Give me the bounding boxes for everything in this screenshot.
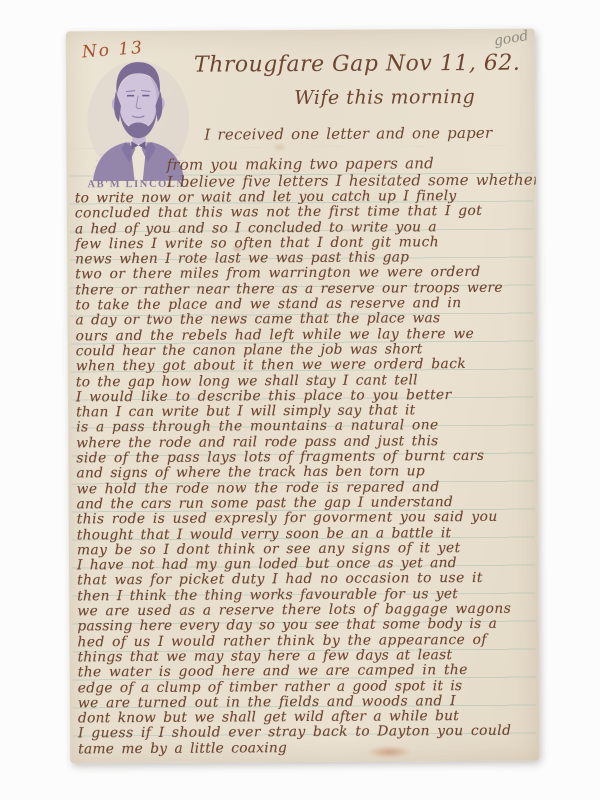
pencil-grader-annotation: good	[493, 29, 530, 50]
handwritten-line: tame me by a little coaxing	[78, 739, 535, 757]
handwritten-line: I guess if I should ever stray back to D…	[78, 724, 535, 742]
opening-lines: I received one letter and one paperfrom …	[166, 125, 539, 191]
letter-body: to write now or wait and let you catch u…	[75, 189, 535, 758]
letter-paper: No 13 good	[66, 29, 539, 764]
handwritten-line: I received one letter and one paper	[204, 125, 539, 144]
letter-photograph: No 13 good	[0, 0, 600, 800]
salutation: Wife this morning	[294, 86, 475, 109]
dateline: Througfare Gap Nov 11, 62.	[194, 51, 520, 78]
